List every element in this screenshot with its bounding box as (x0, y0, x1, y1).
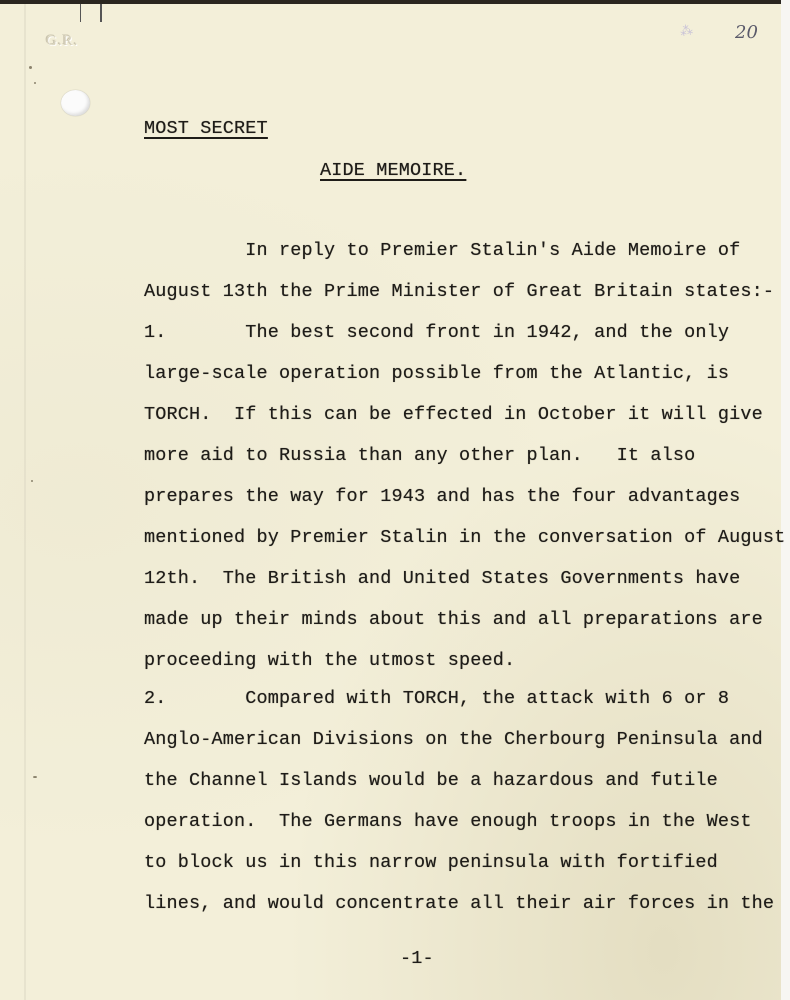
paper-speck (29, 66, 32, 69)
binding-mark (100, 4, 102, 22)
folio-number: 20 (735, 22, 758, 43)
document-title: AIDE MEMOIRE. (320, 160, 466, 181)
body-line: 12th. The British and United States Gove… (144, 568, 740, 589)
body-line: prepares the way for 1943 and has the fo… (144, 486, 740, 507)
body-line: TORCH. If this can be effected in Octobe… (144, 404, 763, 425)
body-line: August 13th the Prime Minister of Great … (144, 281, 774, 302)
body-line: Anglo-American Divisions on the Cherbour… (144, 729, 763, 750)
body-line: proceeding with the utmost speed. (144, 650, 515, 671)
body-line: the Channel Islands would be a hazardous… (144, 770, 718, 791)
body-line: 2. Compared with TORCH, the attack with … (144, 688, 729, 709)
body-line: In reply to Premier Stalin's Aide Memoir… (144, 240, 740, 261)
body-line: 1. The best second front in 1942, and th… (144, 322, 729, 343)
body-line: lines, and would concentrate all their a… (144, 893, 774, 914)
pencil-annotation: ⁂ (679, 23, 694, 40)
binding-mark (80, 4, 81, 22)
body-line: large-scale operation possible from the … (144, 363, 729, 384)
body-line: to block us in this narrow peninsula wit… (144, 852, 718, 873)
paper-speck (34, 82, 36, 84)
page-fold-line (24, 4, 26, 1000)
embossed-stamp: G.R. (46, 33, 78, 50)
body-line: operation. The Germans have enough troop… (144, 811, 752, 832)
scan-right-margin (781, 0, 790, 1000)
paper-speck (31, 480, 33, 482)
classification-heading: MOST SECRET (144, 118, 268, 139)
punch-hole (61, 90, 90, 116)
page-number: -1- (400, 948, 434, 969)
paper-speck (33, 776, 37, 778)
body-line: more aid to Russia than any other plan. … (144, 445, 695, 466)
body-line: made up their minds about this and all p… (144, 609, 763, 630)
body-line: mentioned by Premier Stalin in the conve… (144, 527, 785, 548)
